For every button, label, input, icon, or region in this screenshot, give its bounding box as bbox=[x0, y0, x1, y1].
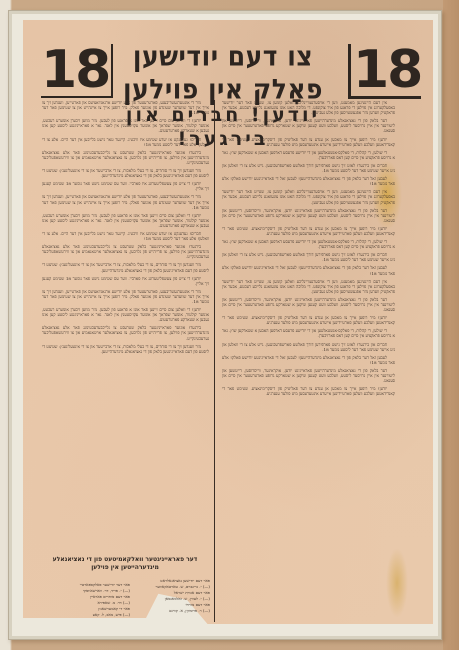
paragraph: חברים און בירגער! לאזט זיך נישט פארפירען… bbox=[222, 252, 395, 262]
paragraph: אין דעם היינטיגען מאמענט, ווען די אויסער… bbox=[222, 189, 395, 204]
committee-appeal: דער פאראייניגטער וואלקאמיטעט פון די נאצי… bbox=[44, 556, 206, 571]
paragraph: דער בלאק פון די נאציאנאלע מינדערהייטען פ… bbox=[222, 368, 395, 383]
paragraph: בירגער! אונזער פאראייניגטער בלאק שטרעבט … bbox=[42, 150, 209, 165]
paragraph: בירגער! אונזער פאראייניגטער בלאק שטרעבט … bbox=[42, 244, 209, 259]
column-divider bbox=[214, 100, 215, 622]
paragraph: מיר ווענדען זיך צו די סוחרים, צו די בעלי… bbox=[42, 344, 209, 354]
paragraph: די שולען, די קהלות, די פאלקס-אנשטאלטען א… bbox=[222, 328, 395, 338]
paragraph: דער בלאק פון די נאציאנאלע מינדערהייטען פ… bbox=[222, 208, 395, 223]
paragraph: יודען! די צייט פון צעשפליטערונג איז פארב… bbox=[42, 181, 209, 191]
paragraph: מיר די אונטערגעשריבענע, פארטרעטער פון אל… bbox=[42, 289, 209, 304]
paragraph: אין דעם היינטיגען מאמענט, ווען די אויסער… bbox=[222, 100, 395, 115]
paragraph: חברים! געדענקט אז יעדע שטימע איז וויכטיג… bbox=[42, 137, 209, 147]
paragraph: לעבען זאל דער בלאק פון די נאציאנאלע מינד… bbox=[222, 176, 395, 186]
paragraph: די שולען, די קהלות, די פאלקס-אנשטאלטען א… bbox=[222, 150, 395, 160]
text-column-right: אין דעם היינטיגען מאמענט, ווען די אויסער… bbox=[222, 100, 395, 618]
paragraph: מיר די אונטערגעשריבענע, פארטרעטער פון אל… bbox=[42, 100, 209, 115]
paragraph: דער בלאק פון די נאציאנאלע מינדערהייטען פ… bbox=[222, 297, 395, 312]
signature-block-left: פאר דער יודישער פאלקספארטיי (—) י. פריד,… bbox=[68, 582, 130, 618]
signature-line: (—) פיש, מאכ, ל. קאצ bbox=[68, 612, 130, 618]
paragraph: יודען! די וואלען צום סיים זיינען פאר אונ… bbox=[42, 213, 209, 228]
paragraph: בירגער! אונזער פאראייניגטער בלאק שטרעבט … bbox=[42, 325, 209, 340]
paragraph: לעבען זאל דער בלאק פון די נאציאנאלע מינד… bbox=[222, 265, 395, 275]
paragraph: חברים! געדענקט אז יעדע שטימע איז וויכטיג… bbox=[42, 231, 209, 241]
paragraph: לעבען זאל דער בלאק פון די נאציאנאלע מינד… bbox=[222, 355, 395, 365]
paragraph: דער בלאק פון די נאציאנאלע מינדערהייטען פ… bbox=[222, 118, 395, 133]
paragraph: יודען! מיר רופען אייך צו מאכען אן ענדע צ… bbox=[222, 226, 395, 236]
paragraph: יודען! מיר רופען אייך צו מאכען אן ענדע צ… bbox=[222, 386, 395, 396]
text-column-left: מיר די אונטערגעשריבענע, פארטרעטער פון אל… bbox=[42, 100, 209, 540]
paragraph: מיר די אונטערגעשריבענע, פארטרעטער פון אל… bbox=[42, 194, 209, 209]
paragraph: יודען! מיר רופען אייך צו מאכען אן ענדע צ… bbox=[222, 137, 395, 147]
paragraph: יודען! די וואלען צום סיים זיינען פאר אונ… bbox=[42, 307, 209, 322]
paragraph: יודען! די צייט פון צעשפליטערונג איז פארב… bbox=[42, 276, 209, 286]
paragraph: אין דעם היינטיגען מאמענט, ווען די אויסער… bbox=[222, 279, 395, 294]
number-18-right: 18 bbox=[348, 44, 421, 99]
headline: צו דעם יודישען פאָלק אין פוילען bbox=[98, 40, 348, 106]
signature-block-right: פאר דעם יודישען נאציאנאלראט (—) י. גרינב… bbox=[130, 578, 210, 614]
paragraph: יודען! מיר רופען אייך צו מאכען אן ענדע צ… bbox=[222, 315, 395, 325]
paragraph: חברים און בירגער! לאזט זיך נישט פארפירען… bbox=[222, 342, 395, 352]
paragraph: די שולען, די קהלות, די פאלקס-אנשטאלטען א… bbox=[222, 239, 395, 249]
signature-line: (—) ר. פרומקין, א. קווינט bbox=[130, 608, 210, 614]
wall-edge bbox=[443, 0, 459, 650]
paragraph: יודען! די וואלען צום סיים זיינען פאר אונ… bbox=[42, 118, 209, 133]
paragraph: מיר ווענדען זיך צו די סוחרים, צו די בעלי… bbox=[42, 262, 209, 272]
paragraph: מיר ווענדען זיך צו די סוחרים, צו די בעלי… bbox=[42, 168, 209, 178]
paragraph: חברים און בירגער! לאזט זיך נישט פארפירען… bbox=[222, 163, 395, 173]
